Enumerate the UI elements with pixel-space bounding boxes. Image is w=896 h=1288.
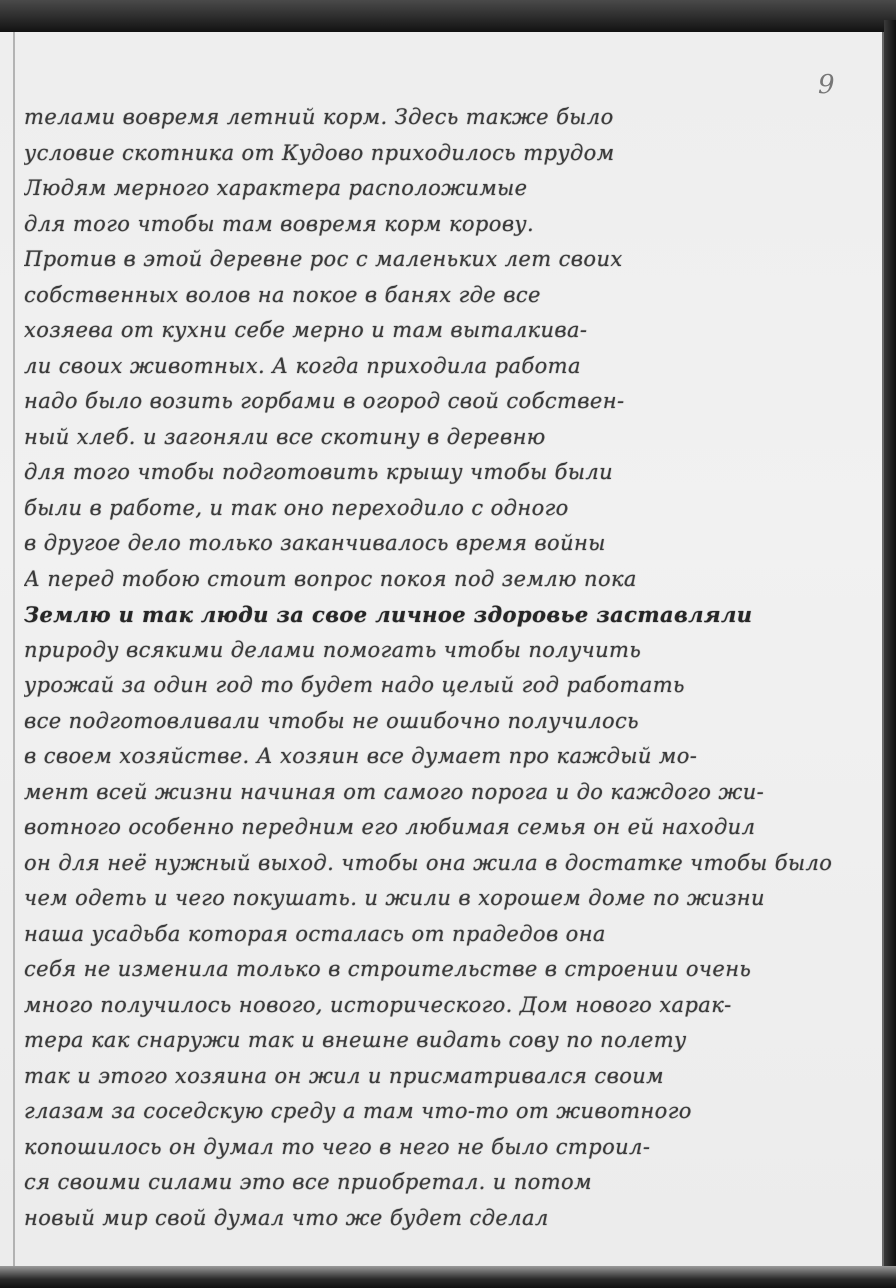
- text-line: А перед тобою стоит вопрос покоя под зем…: [24, 562, 864, 598]
- text-line: вотного особенно передним его любимая се…: [24, 810, 864, 846]
- text-line: чем одеть и чего покушать. и жили в хоро…: [24, 881, 864, 917]
- text-line: себя не изменила только в строительстве …: [24, 952, 864, 988]
- text-line: условие скотника от Кудово приходилось т…: [24, 136, 864, 172]
- text-line: телами вовремя летний корм. Здесь также …: [24, 100, 864, 136]
- text-line: тера как снаружи так и внешне видать сов…: [24, 1023, 864, 1059]
- text-line: ли своих животных. А когда приходила раб…: [24, 349, 864, 385]
- text-line: собственных волов на покое в банях где в…: [24, 278, 864, 314]
- text-line: много получилось нового, исторического. …: [24, 988, 864, 1024]
- text-line: Землю и так люди за свое личное здоровье…: [24, 597, 864, 633]
- text-line: природу всякими делами помогать чтобы по…: [24, 633, 864, 669]
- text-line: ся своими силами это все приобретал. и п…: [24, 1165, 864, 1201]
- text-line: ный хлеб. и загоняли все скотину в дерев…: [24, 420, 864, 456]
- text-line: он для неё нужный выход. чтобы она жила …: [24, 846, 864, 882]
- page-right-shadow: [884, 20, 896, 1288]
- text-line: в своем хозяйстве. А хозяин все думает п…: [24, 739, 864, 775]
- text-line: все подготовливали чтобы не ошибочно пол…: [24, 704, 864, 740]
- text-line: для того чтобы там вовремя корм корову.: [24, 207, 864, 243]
- text-line: урожай за один год то будет надо целый г…: [24, 668, 864, 704]
- text-line: Против в этой деревне рос с маленьких ле…: [24, 242, 864, 278]
- handwritten-text-block: телами вовремя летний корм. Здесь также …: [24, 100, 864, 1236]
- text-line: так и этого хозяина он жил и присматрива…: [24, 1059, 864, 1095]
- page-number: 9: [818, 70, 835, 100]
- text-line: глазам за соседскую среду а там что-то о…: [24, 1094, 864, 1130]
- text-line: были в работе, и так оно переходило с од…: [24, 491, 864, 527]
- margin-rule: [13, 32, 15, 1270]
- text-line: новый мир свой думал что же будет сделал: [24, 1201, 864, 1237]
- page-bottom-shadow: [0, 1266, 896, 1288]
- page-top-shadow: [0, 0, 896, 34]
- text-line: для того чтобы подготовить крышу чтобы б…: [24, 455, 864, 491]
- text-line: надо было возить горбами в огород свой с…: [24, 384, 864, 420]
- text-line: наша усадьба которая осталась от прадедо…: [24, 917, 864, 953]
- notebook-page: 9 телами вовремя летний корм. Здесь такж…: [0, 32, 884, 1270]
- text-line: в другое дело только заканчивалось время…: [24, 526, 864, 562]
- text-line: копошилось он думал то чего в него не бы…: [24, 1130, 864, 1166]
- text-line: хозяева от кухни себе мерно и там выталк…: [24, 313, 864, 349]
- text-line: Людям мерного характера расположимые: [24, 171, 864, 207]
- text-line: мент всей жизни начиная от самого порога…: [24, 775, 864, 811]
